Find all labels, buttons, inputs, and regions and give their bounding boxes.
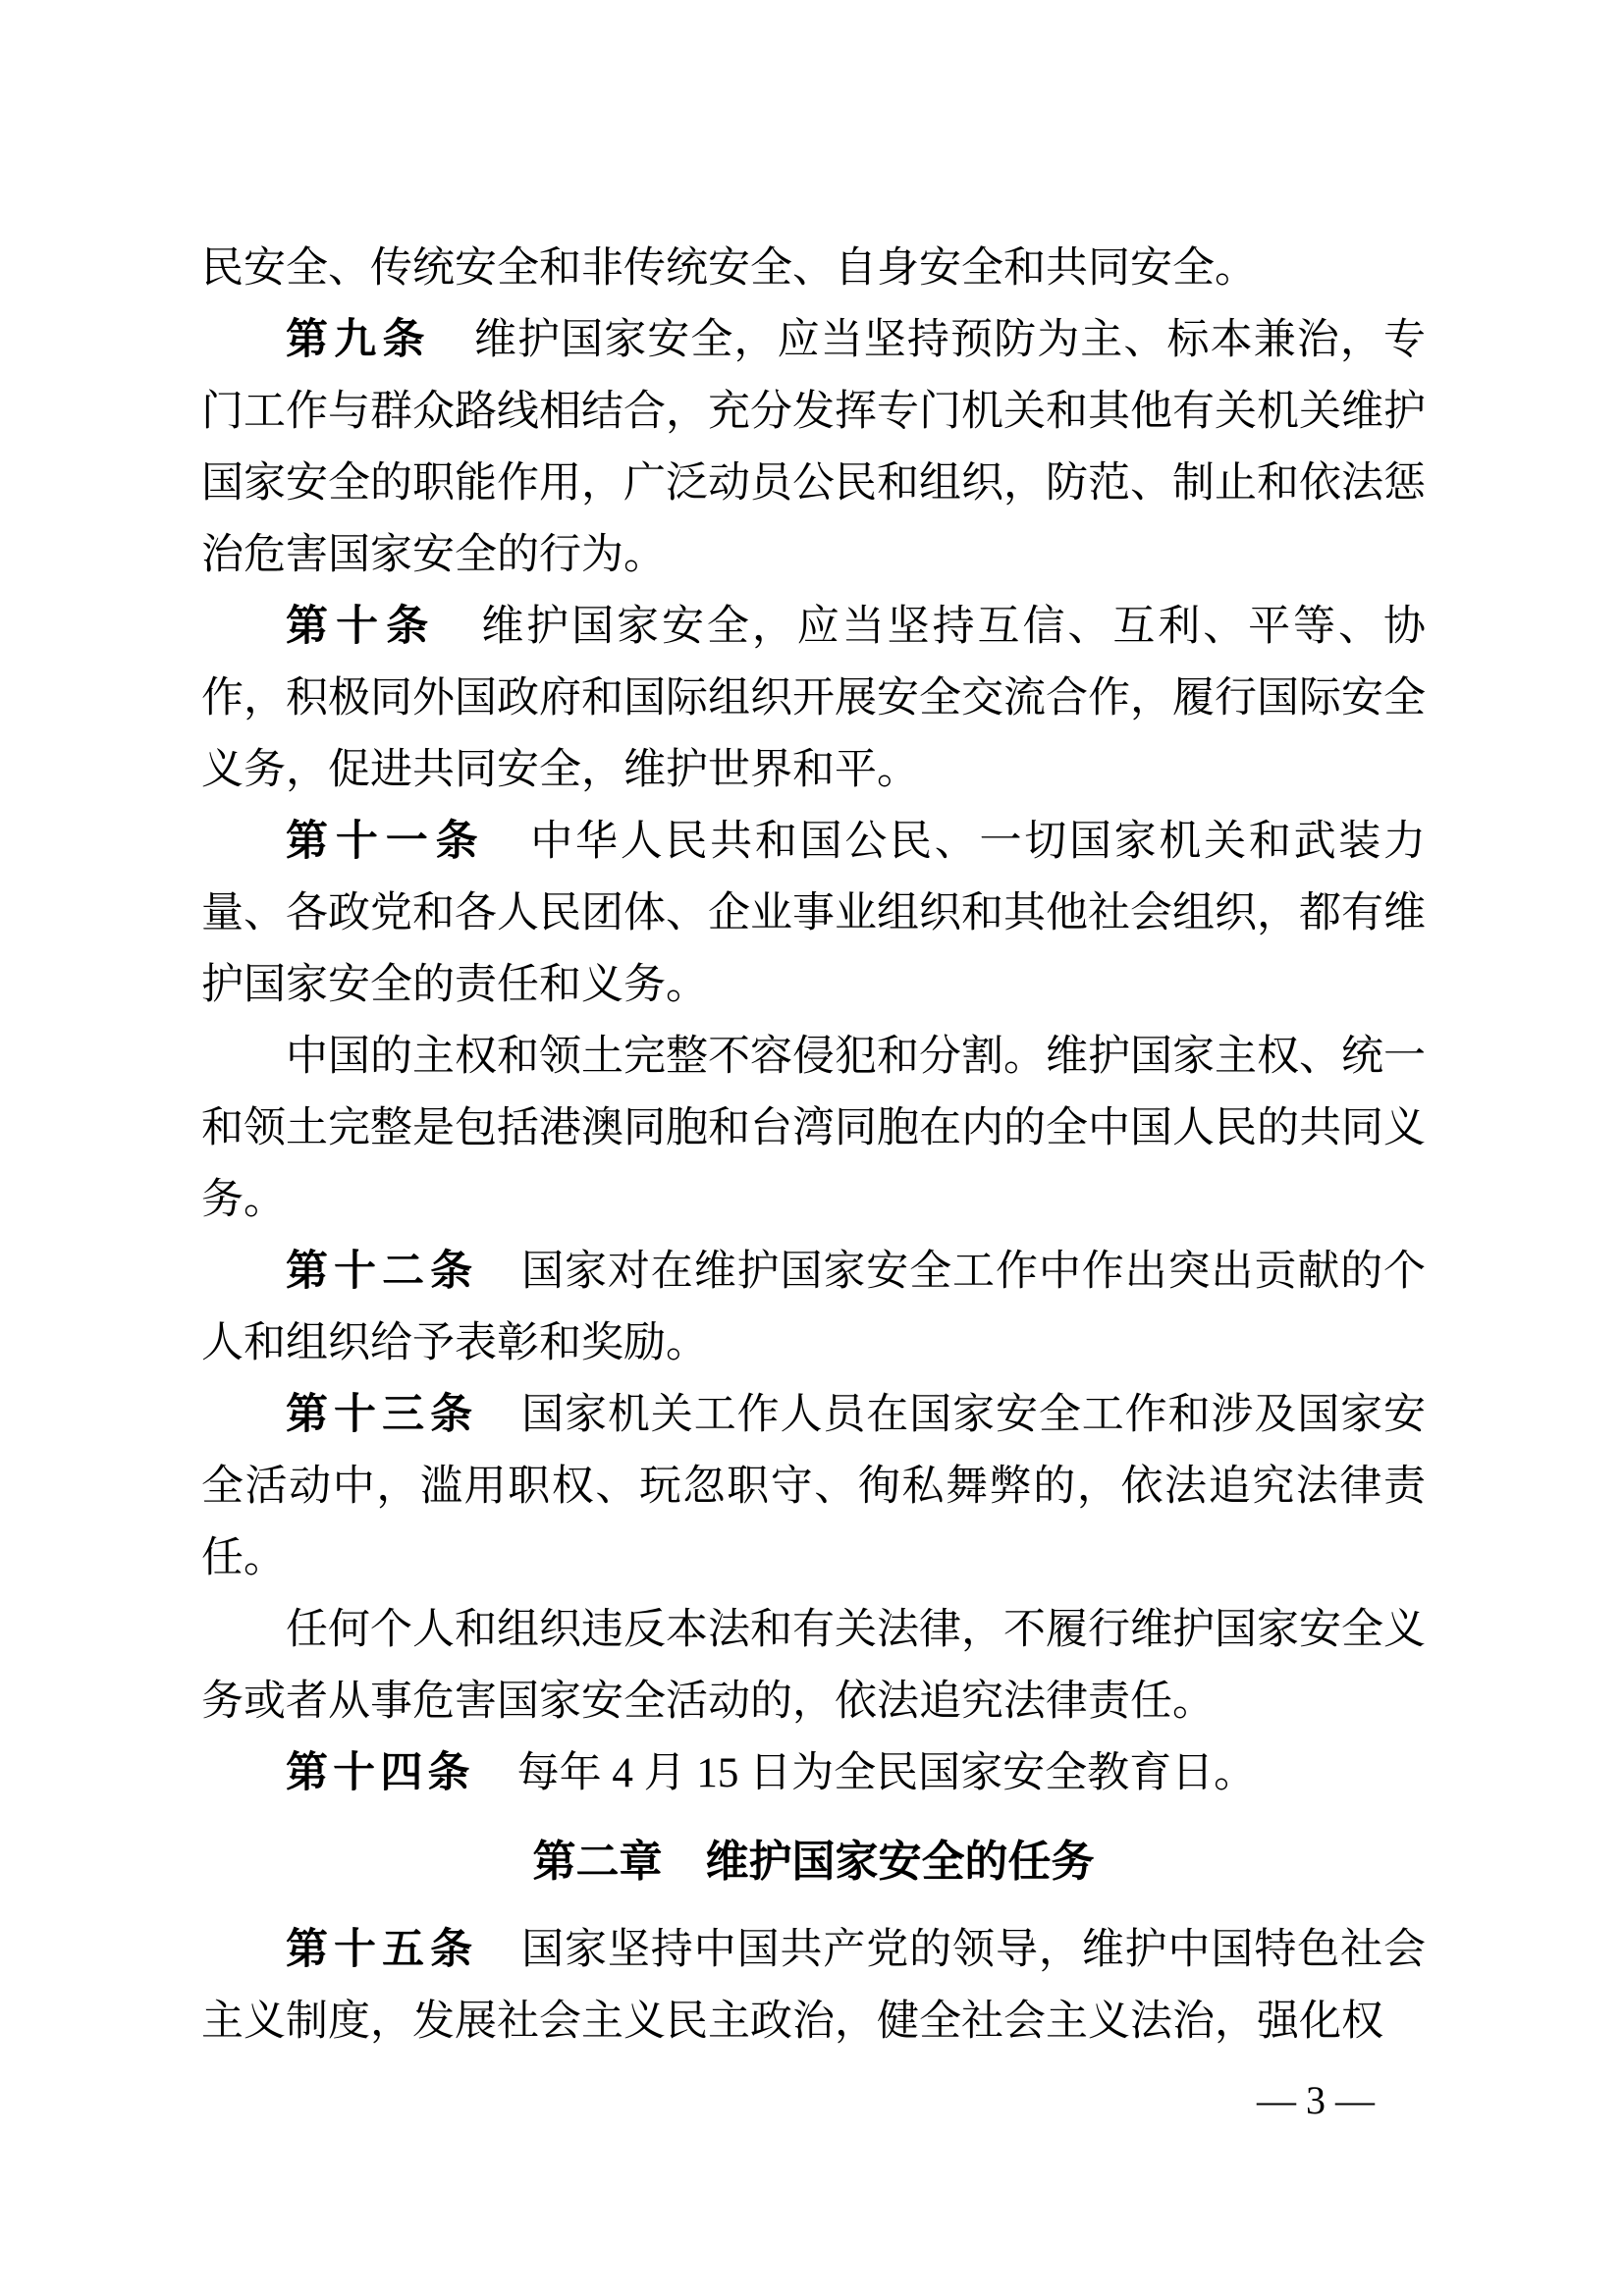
article-paragraph: 第十一条 中华人民共和国公民、一切国家机关和武装力量、各政党和各人民团体、企业事…: [201, 806, 1426, 1021]
article-paragraph: 第十条 维护国家安全，应当坚持互信、互利、平等、协作，积极同外国政府和国际组织开…: [201, 591, 1426, 806]
article-paragraph: 第九条 维护国家安全，应当坚持预防为主、标本兼治，专门工作与群众路线相结合，充分…: [201, 304, 1426, 591]
body-paragraph: 中国的主权和领土完整不容侵犯和分割。维护国家主权、统一和领土完整是包括港澳同胞和…: [201, 1021, 1426, 1236]
article-paragraph: 第十五条 国家坚持中国共产党的领导，维护中国特色社会主义制度，发展社会主义民主政…: [201, 1914, 1426, 2057]
article-number: 第十五条: [286, 1926, 478, 1973]
page-number: — 3 —: [1257, 2078, 1375, 2122]
article-number: 第十条: [286, 603, 436, 650]
page-footer: — 3 —: [1257, 2079, 1375, 2122]
article-paragraph: 第十二条 国家对在维护国家安全工作中作出突出贡献的个人和组织给予表彰和奖励。: [201, 1236, 1426, 1379]
chapter-heading: 第二章 维护国家安全的任务: [201, 1826, 1426, 1897]
article-number: 第十三条: [286, 1391, 478, 1438]
body-paragraph: 任何个人和组织违反本法和有关法律，不履行维护国家安全义务或者从事危害国家安全活动…: [201, 1594, 1426, 1737]
document-body: 民安全、传统安全和非传统安全、自身安全和共同安全。第九条 维护国家安全，应当坚持…: [201, 233, 1426, 2057]
article-number: 第十四条: [286, 1749, 475, 1796]
article-number: 第九条: [286, 316, 431, 363]
article-number: 第十一条: [286, 818, 486, 865]
continuation-paragraph: 民安全、传统安全和非传统安全、自身安全和共同安全。: [201, 233, 1426, 304]
article-paragraph: 第十四条 每年 4 月 15 日为全民国家安全教育日。: [201, 1737, 1426, 1809]
article-number: 第十二条: [286, 1248, 478, 1295]
article-paragraph: 第十三条 国家机关工作人员在国家安全工作和涉及国家安全活动中，滥用职权、玩忽职守…: [201, 1379, 1426, 1594]
document-page: 民安全、传统安全和非传统安全、自身安全和共同安全。第九条 维护国家安全，应当坚持…: [0, 0, 1624, 2296]
